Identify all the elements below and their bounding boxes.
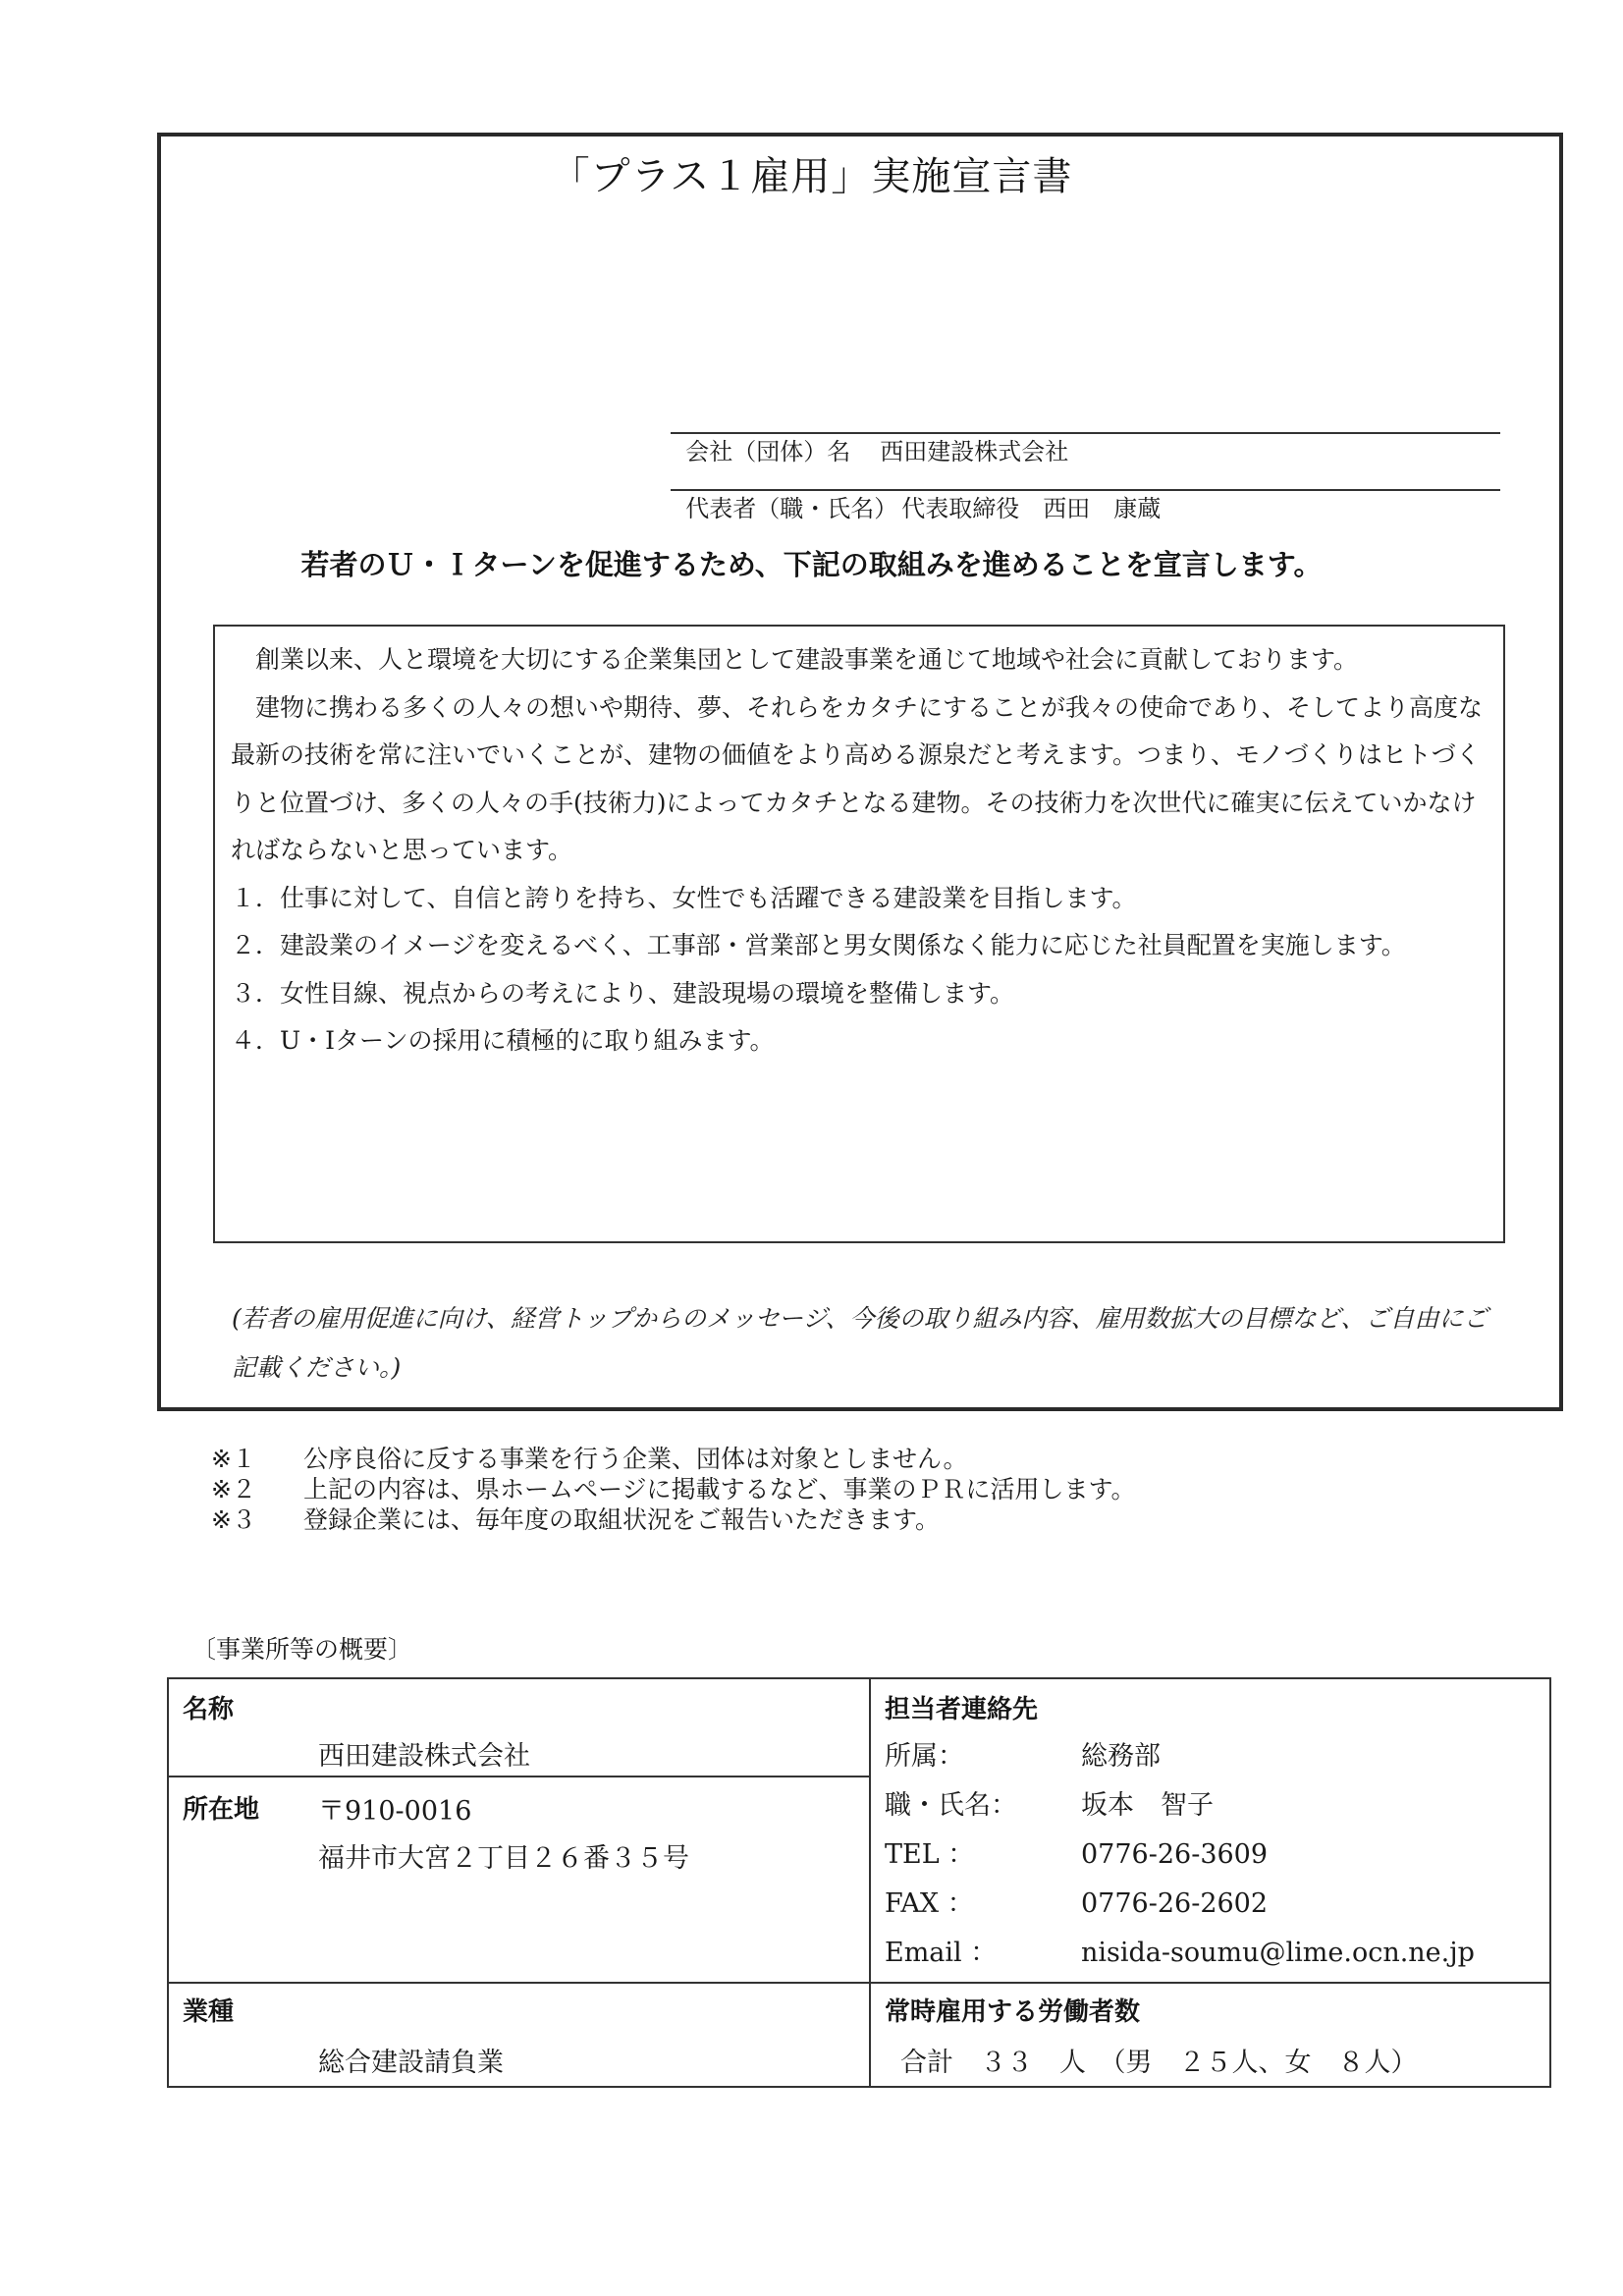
footnote: ※１公序良俗に反する事業を行う企業、団体は対象としません。 xyxy=(211,1444,1136,1474)
commitment-item: ３．女性目線、視点からの考えにより、建設現場の環境を整備します。 xyxy=(231,970,1488,1018)
company-name-field: 会社（団体）名西田建設株式会社 xyxy=(671,393,1500,434)
contact-value: 0776-26-2602 xyxy=(1081,1888,1268,1919)
employees-label: 常時雇用する労働者数 xyxy=(885,1992,1140,2028)
postal-code: 〒910-0016 xyxy=(318,1789,471,1828)
footnote-mark: ※３ xyxy=(211,1504,303,1535)
declaration-statement: 若者のＵ・Ｉターンを促進するため、下記の取組みを進めることを宣言します。 xyxy=(0,543,1623,583)
contact-row-tel: TEL ：0776-26-3609 xyxy=(885,1832,1268,1871)
commitment-item: ２．建設業のイメージを変えるべく、工事部・営業部と男女関係なく能力に応じた社員配… xyxy=(231,922,1488,970)
contact-key: 職・氏名： xyxy=(885,1783,1081,1822)
employees-cell: 常時雇用する労働者数 合計 ３３ 人 （男 ２５人、女 ８人） xyxy=(871,1984,1549,2088)
body-paragraph: 建物に携わる多くの人々の想いや期待、夢、それらをカタチにすることが我々の使命であ… xyxy=(231,684,1488,875)
name-label: 名称 xyxy=(183,1689,234,1725)
contact-label: 担当者連絡先 xyxy=(885,1689,1038,1725)
summary-left-column: 名称 西田建設株式会社 所在地 〒910-0016 福井市大宮２丁目２６番３５号… xyxy=(169,1679,871,2086)
representative-value: 代表取締役 西田 康蔵 xyxy=(901,489,1161,528)
address-cell: 所在地 〒910-0016 福井市大宮２丁目２６番３５号 xyxy=(169,1777,869,1984)
industry-cell: 業種 総合建設請負業 xyxy=(169,1984,869,2088)
representative-label: 代表者（職・氏名） xyxy=(685,489,897,528)
footnote-mark: ※２ xyxy=(211,1474,303,1504)
instruction-note: (若者の雇用促進に向け、経営トップからのメッセージ、今後の取り組み内容、雇用数拡… xyxy=(232,1294,1508,1393)
contact-cell: 担当者連絡先 所属：総務部 職・氏名：坂本 智子 TEL ：0776-26-36… xyxy=(871,1679,1549,1984)
industry-value: 総合建設請負業 xyxy=(318,2041,504,2079)
contact-row-person: 職・氏名：坂本 智子 xyxy=(885,1783,1214,1822)
footnote: ※２上記の内容は、県ホームページに掲載するなど、事業のＰＲに活用します。 xyxy=(211,1474,1136,1504)
commitment-item: ４．U・Iターンの採用に積極的に取り組みます。 xyxy=(231,1017,1488,1066)
document-title: 「プラス１雇用」実施宣言書 xyxy=(0,145,1623,201)
business-summary-table: 名称 西田建設株式会社 所在地 〒910-0016 福井市大宮２丁目２６番３５号… xyxy=(167,1677,1551,2088)
summary-right-column: 担当者連絡先 所属：総務部 職・氏名：坂本 智子 TEL ：0776-26-36… xyxy=(871,1679,1549,2086)
contact-key: FAX ： xyxy=(885,1882,1081,1920)
footnote-mark: ※１ xyxy=(211,1444,303,1474)
contact-row-department: 所属：総務部 xyxy=(885,1734,1161,1773)
industry-label: 業種 xyxy=(183,1992,234,2028)
contact-value: 0776-26-3609 xyxy=(1081,1839,1268,1870)
summary-heading: 〔事業所等の概要〕 xyxy=(191,1630,412,1666)
footnote-text: 上記の内容は、県ホームページに掲載するなど、事業のＰＲに活用します。 xyxy=(303,1475,1136,1503)
message-box: 創業以来、人と環境を大切にする企業集団として建設事業を通じて地域や社会に貢献して… xyxy=(213,625,1505,1243)
footnote-text: 公序良俗に反する事業を行う企業、団体は対象としません。 xyxy=(303,1445,968,1473)
footnotes: ※１公序良俗に反する事業を行う企業、団体は対象としません。 ※２上記の内容は、県… xyxy=(211,1444,1136,1535)
name-cell: 名称 西田建設株式会社 xyxy=(169,1679,869,1777)
footnote-text: 登録企業には、毎年度の取組状況をご報告いただきます。 xyxy=(303,1505,940,1534)
contact-key: 所属： xyxy=(885,1734,1081,1773)
representative-field: 代表者（職・氏名）代表取締役 西田 康蔵 xyxy=(671,450,1500,491)
contact-row-fax: FAX ：0776-26-2602 xyxy=(885,1882,1268,1920)
contact-row-email: Email ：nisida-soumu@lime.ocn.ne.jp xyxy=(885,1931,1475,1969)
footnote: ※３登録企業には、毎年度の取組状況をご報告いただきます。 xyxy=(211,1504,1136,1535)
commitment-item: １．仕事に対して、自信と誇りを持ち、女性でも活躍できる建設業を目指します。 xyxy=(231,875,1488,923)
employees-value: 合計 ３３ 人 （男 ２５人、女 ８人） xyxy=(900,2041,1418,2079)
body-paragraph: 創業以来、人と環境を大切にする企業集団として建設事業を通じて地域や社会に貢献して… xyxy=(231,636,1488,684)
address-value: 福井市大宮２丁目２６番３５号 xyxy=(318,1836,689,1875)
name-value: 西田建設株式会社 xyxy=(318,1734,530,1773)
address-label: 所在地 xyxy=(183,1789,259,1826)
contact-key: TEL ： xyxy=(885,1832,1081,1871)
contact-value: 坂本 智子 xyxy=(1081,1790,1214,1821)
contact-key: Email ： xyxy=(885,1931,1081,1969)
contact-value: 総務部 xyxy=(1081,1741,1161,1772)
contact-email[interactable]: nisida-soumu@lime.ocn.ne.jp xyxy=(1081,1938,1475,1968)
